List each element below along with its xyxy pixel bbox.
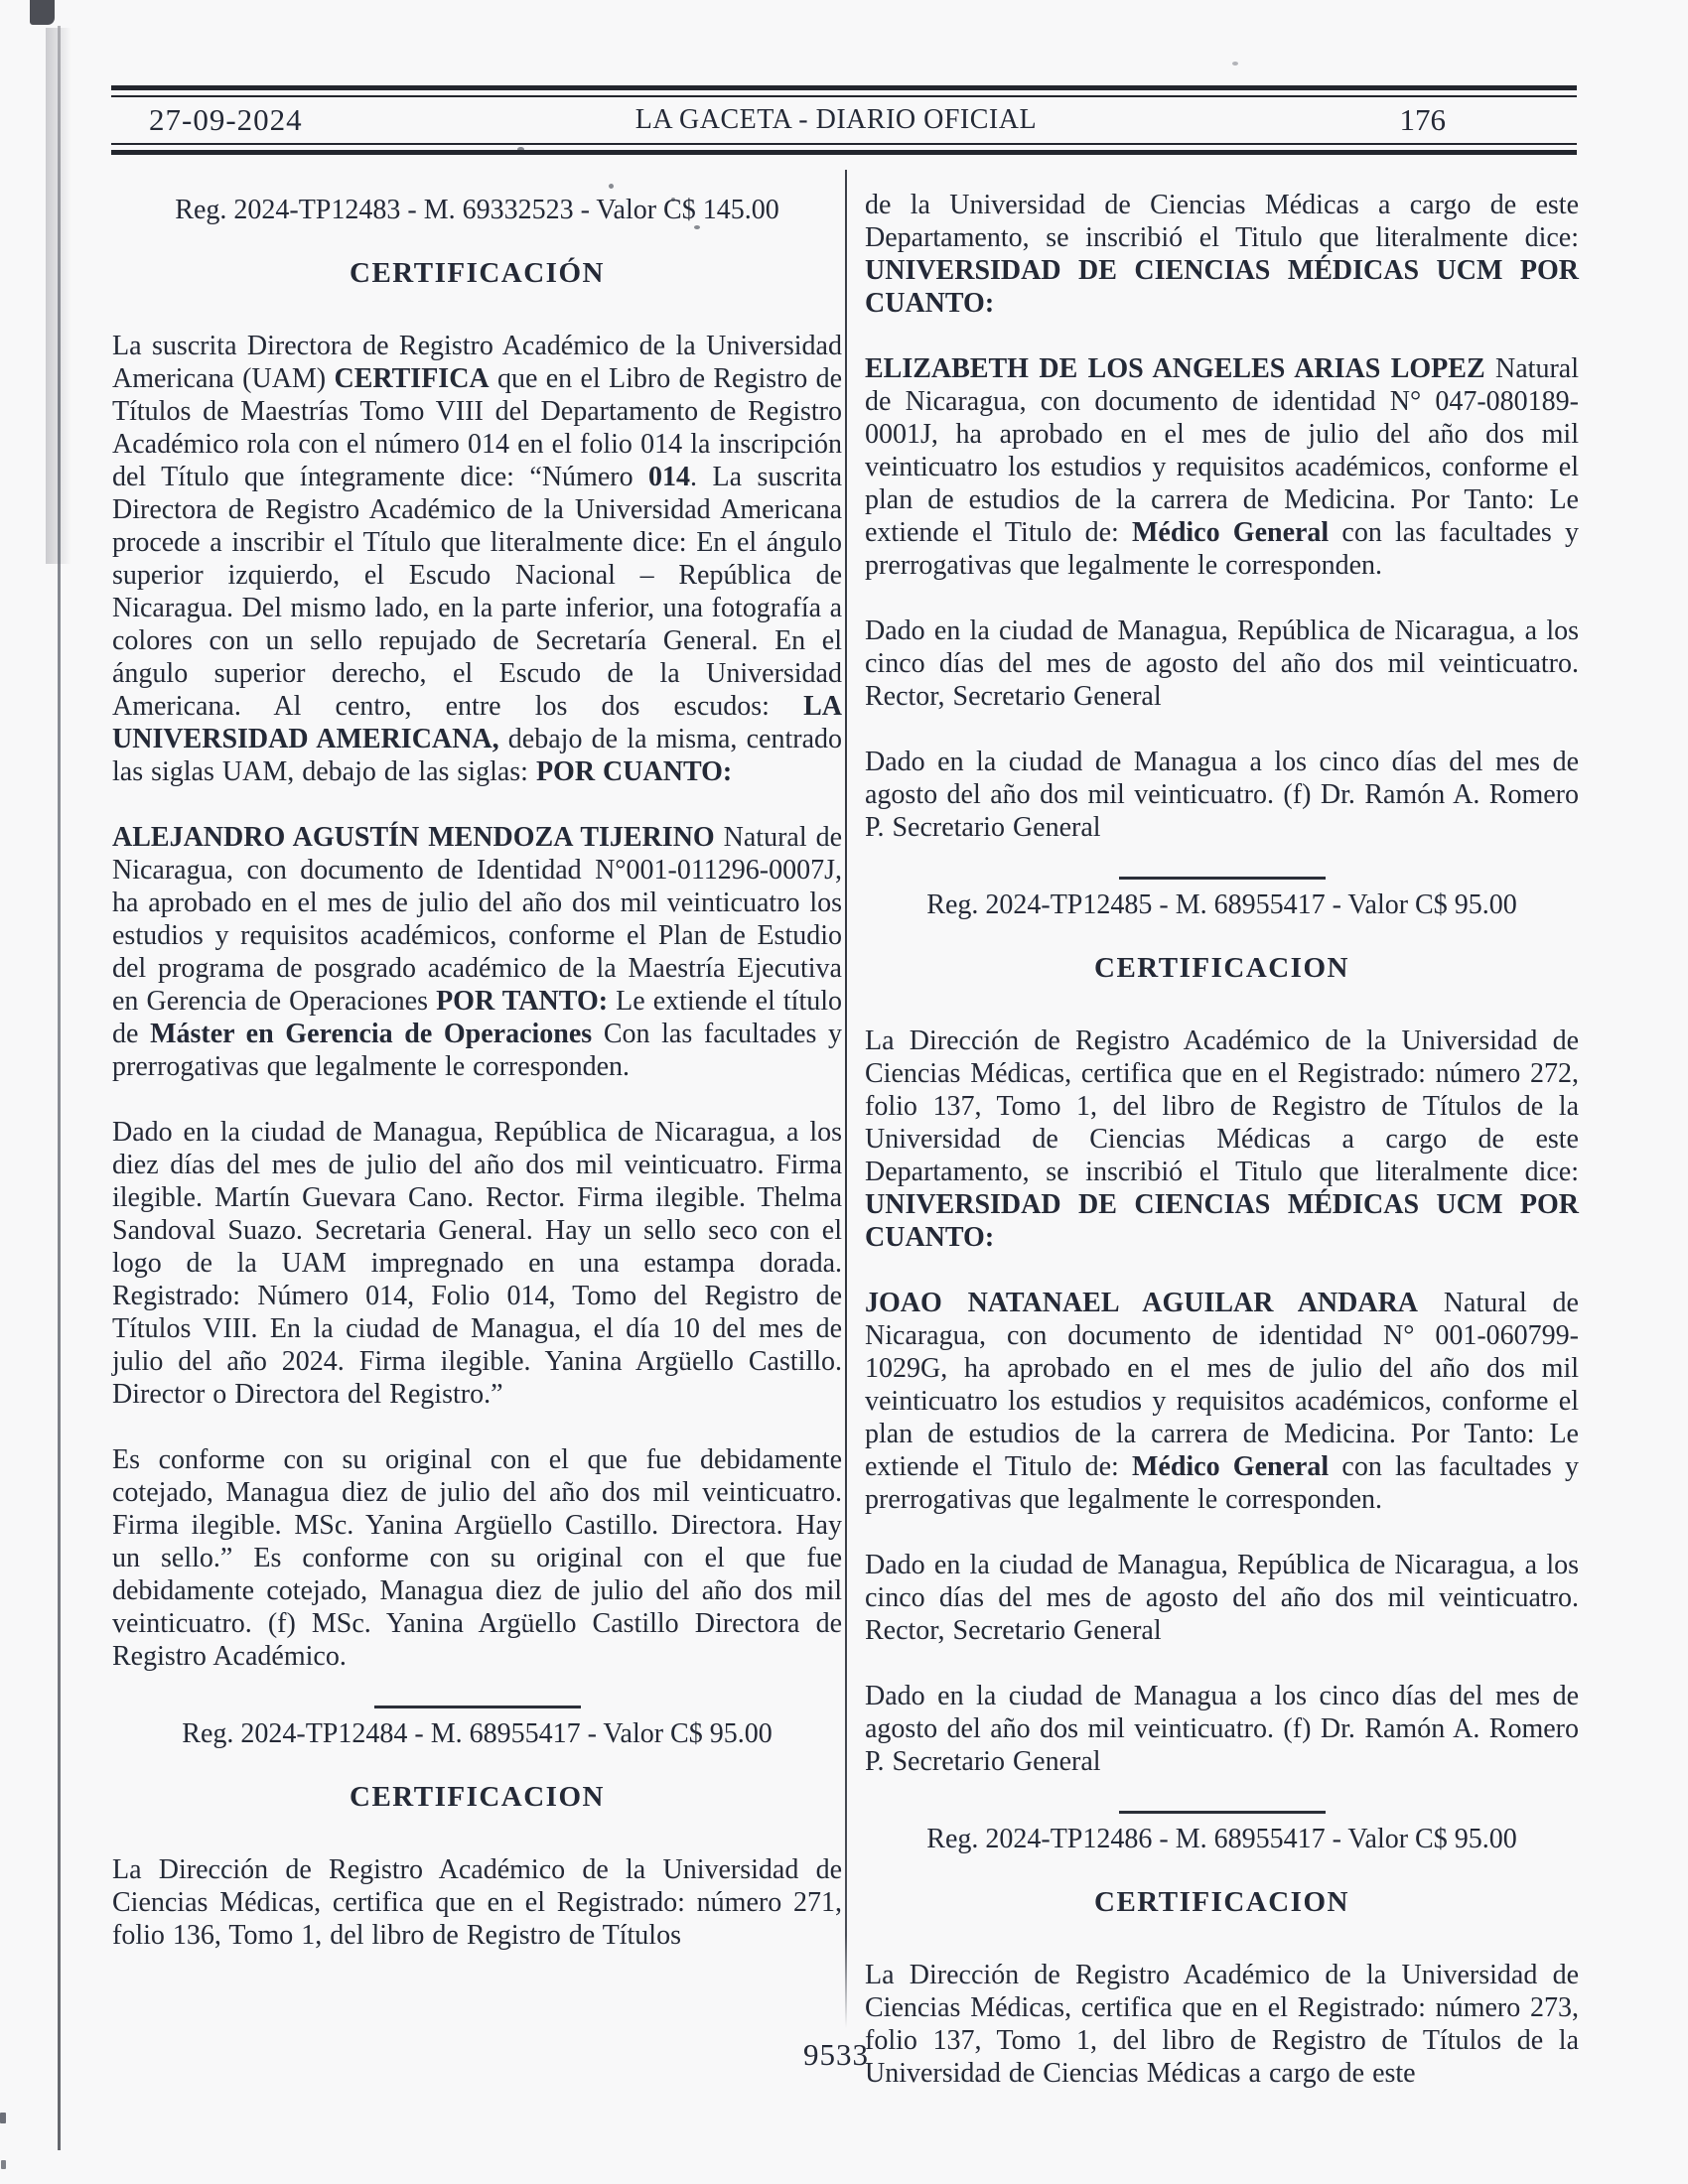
registration-line: Reg. 2024-TP12486 - M. 68955417 - Valor … xyxy=(865,1811,1579,1855)
paragraph: Dado en la ciudad de Managua a los cinco… xyxy=(865,746,1579,844)
column-divider xyxy=(845,170,847,2028)
page-header: 27-09-2024 LA GACETA - DIARIO OFICIAL 17… xyxy=(111,85,1577,155)
header-date: 27-09-2024 xyxy=(149,102,303,138)
paragraph: Dado en la ciudad de Managua, República … xyxy=(865,614,1579,713)
gazette-scan-page: 27-09-2024 LA GACETA - DIARIO OFICIAL 17… xyxy=(0,0,1688,2184)
section-heading: CERTIFICACIÓN xyxy=(112,257,842,290)
header-page-number: 176 xyxy=(1400,102,1447,138)
section-heading: CERTIFICACION xyxy=(865,1886,1579,1919)
left-column: Reg. 2024-TP12483 - M. 69332523 - Valor … xyxy=(112,177,842,1952)
paragraph: Dado en la ciudad de Managua, República … xyxy=(865,1549,1579,1647)
paragraph: Es conforme con su original con el que f… xyxy=(112,1443,842,1673)
paragraph: La Dirección de Registro Académico de la… xyxy=(865,1024,1579,1254)
registration-line: Reg. 2024-TP12485 - M. 68955417 - Valor … xyxy=(865,877,1579,921)
paragraph: JOAO NATANAEL AGUILAR ANDARA Natural de … xyxy=(865,1287,1579,1516)
header-bottom-rule-thin xyxy=(111,143,1577,145)
section-heading: CERTIFICACION xyxy=(865,952,1579,985)
header-bottom-rule-thick xyxy=(111,150,1577,155)
paragraph: ELIZABETH DE LOS ANGELES ARIAS LOPEZ Nat… xyxy=(865,352,1579,582)
right-column: de la Universidad de Ciencias Médicas a … xyxy=(865,177,1579,2090)
paragraph: Dado en la ciudad de Managua, República … xyxy=(112,1116,842,1411)
scan-corner-mark xyxy=(30,0,55,25)
scan-fold-line xyxy=(58,26,61,2150)
header-top-rule-thick xyxy=(111,85,1577,90)
section-heading: CERTIFICACION xyxy=(112,1781,842,1814)
scan-speck xyxy=(1,2160,6,2169)
scan-speck xyxy=(0,2113,6,2123)
paragraph: ALEJANDRO AGUSTÍN MENDOZA TIJERINO Natur… xyxy=(112,821,842,1083)
header-title: LA GACETA - DIARIO OFICIAL xyxy=(635,104,1037,136)
paragraph: de la Universidad de Ciencias Médicas a … xyxy=(865,189,1579,320)
paragraph: La Dirección de Registro Académico de la… xyxy=(112,1853,842,1952)
registration-line: Reg. 2024-TP12484 - M. 68955417 - Valor … xyxy=(112,1706,842,1750)
paragraph: La suscrita Directora de Registro Académ… xyxy=(112,330,842,788)
footer-page-number: 9533 xyxy=(0,2037,1672,2073)
paragraph: Dado en la ciudad de Managua a los cinco… xyxy=(865,1680,1579,1778)
header-row: 27-09-2024 LA GACETA - DIARIO OFICIAL 17… xyxy=(111,97,1577,143)
registration-line: Reg. 2024-TP12483 - M. 69332523 - Valor … xyxy=(112,194,842,226)
scan-speck xyxy=(1232,62,1238,66)
